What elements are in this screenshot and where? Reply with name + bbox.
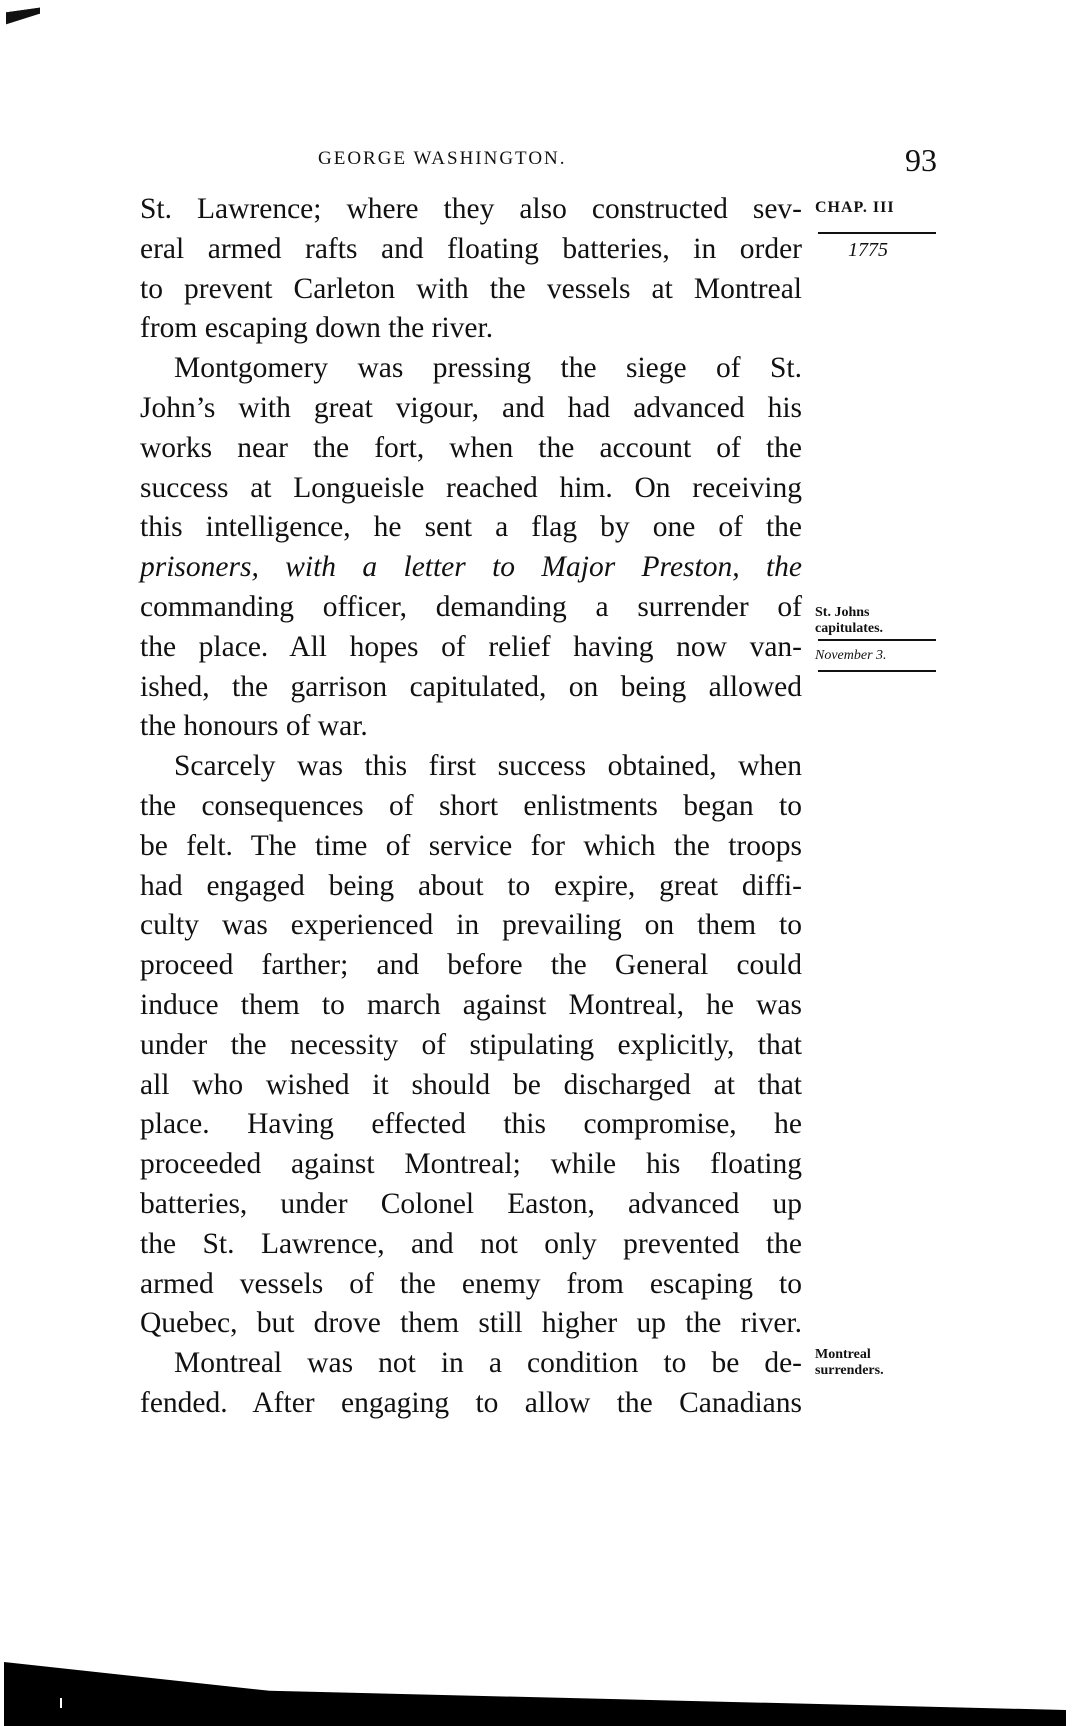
text-line: from escaping down the river. [140,309,802,349]
text-line: to prevent Carleton with the vessels at … [140,270,802,310]
text-line: armed vessels of the enemy from escaping… [140,1265,802,1305]
text-line: under the necessity of stipulating expli… [140,1026,802,1066]
text-line: be felt. The time of service for which t… [140,827,802,867]
running-title: GEORGE WASHINGTON. [318,148,567,170]
scan-edge-shadow [4,1662,1066,1726]
margin-rule [818,670,936,672]
text-line: the consequences of short enlistments be… [140,787,802,827]
margin-note-date: November 3. [815,648,887,664]
text-line: induce them to march against Montreal, h… [140,986,802,1026]
text-line: this intelligence, he sent a flag by one… [140,508,802,548]
margin-note-line: surrenders. [815,1363,884,1379]
margin-note-montreal: Montreal surrenders. [815,1347,884,1379]
text-line: fended. After engaging to allow the Cana… [140,1384,802,1424]
text-line: St. Lawrence; where they also constructe… [140,190,802,230]
page-number: 93 [905,142,937,179]
margin-note-line: capitulates. [815,621,883,637]
text-line: John’s with great vigour, and had advanc… [140,389,802,429]
scan-corner-mark [6,8,40,25]
text-line: ished, the garrison capitulated, on bein… [140,668,802,708]
margin-note-line: Montreal [815,1347,884,1363]
text-line: Montreal was not in a condition to be de… [140,1344,802,1384]
text-line: Quebec, but drove them still higher up t… [140,1304,802,1344]
text-line: place. Having effected this compromise, … [140,1105,802,1145]
text-line: the place. All hopes of relief having no… [140,628,802,668]
scan-speck [60,1698,62,1708]
text-line: commanding officer, demanding a surrende… [140,588,802,628]
margin-note-line: St. Johns [815,605,883,621]
text-line: culty was experienced in prevailing on t… [140,906,802,946]
text-line: all who wished it should be discharged a… [140,1066,802,1106]
year-label: 1775 [848,242,888,258]
text-line: batteries, under Colonel Easton, advance… [140,1185,802,1225]
text-line: the St. Lawrence, and not only prevented… [140,1225,802,1265]
text-line: Scarcely was this first success obtained… [140,747,802,787]
body-text: St. Lawrence; where they also constructe… [140,190,802,1424]
chapter-label: CHAP. III [815,200,895,216]
text-line: proceed farther; and before the General … [140,946,802,986]
margin-rule [818,639,936,641]
text-line: the honours of war. [140,707,802,747]
text-line: works near the fort, when the account of… [140,429,802,469]
text-line: success at Longueisle reached him. On re… [140,469,802,509]
margin-rule [818,232,936,234]
text-line: prisoners, with a letter to Major Presto… [140,548,802,588]
text-line: proceeded against Montreal; while his fl… [140,1145,802,1185]
text-line: had engaged being about to expire, great… [140,867,802,907]
text-line: Montgomery was pressing the siege of St. [140,349,802,389]
text-line: eral armed rafts and floating batteries,… [140,230,802,270]
margin-note-st-johns: St. Johns capitulates. [815,605,883,637]
